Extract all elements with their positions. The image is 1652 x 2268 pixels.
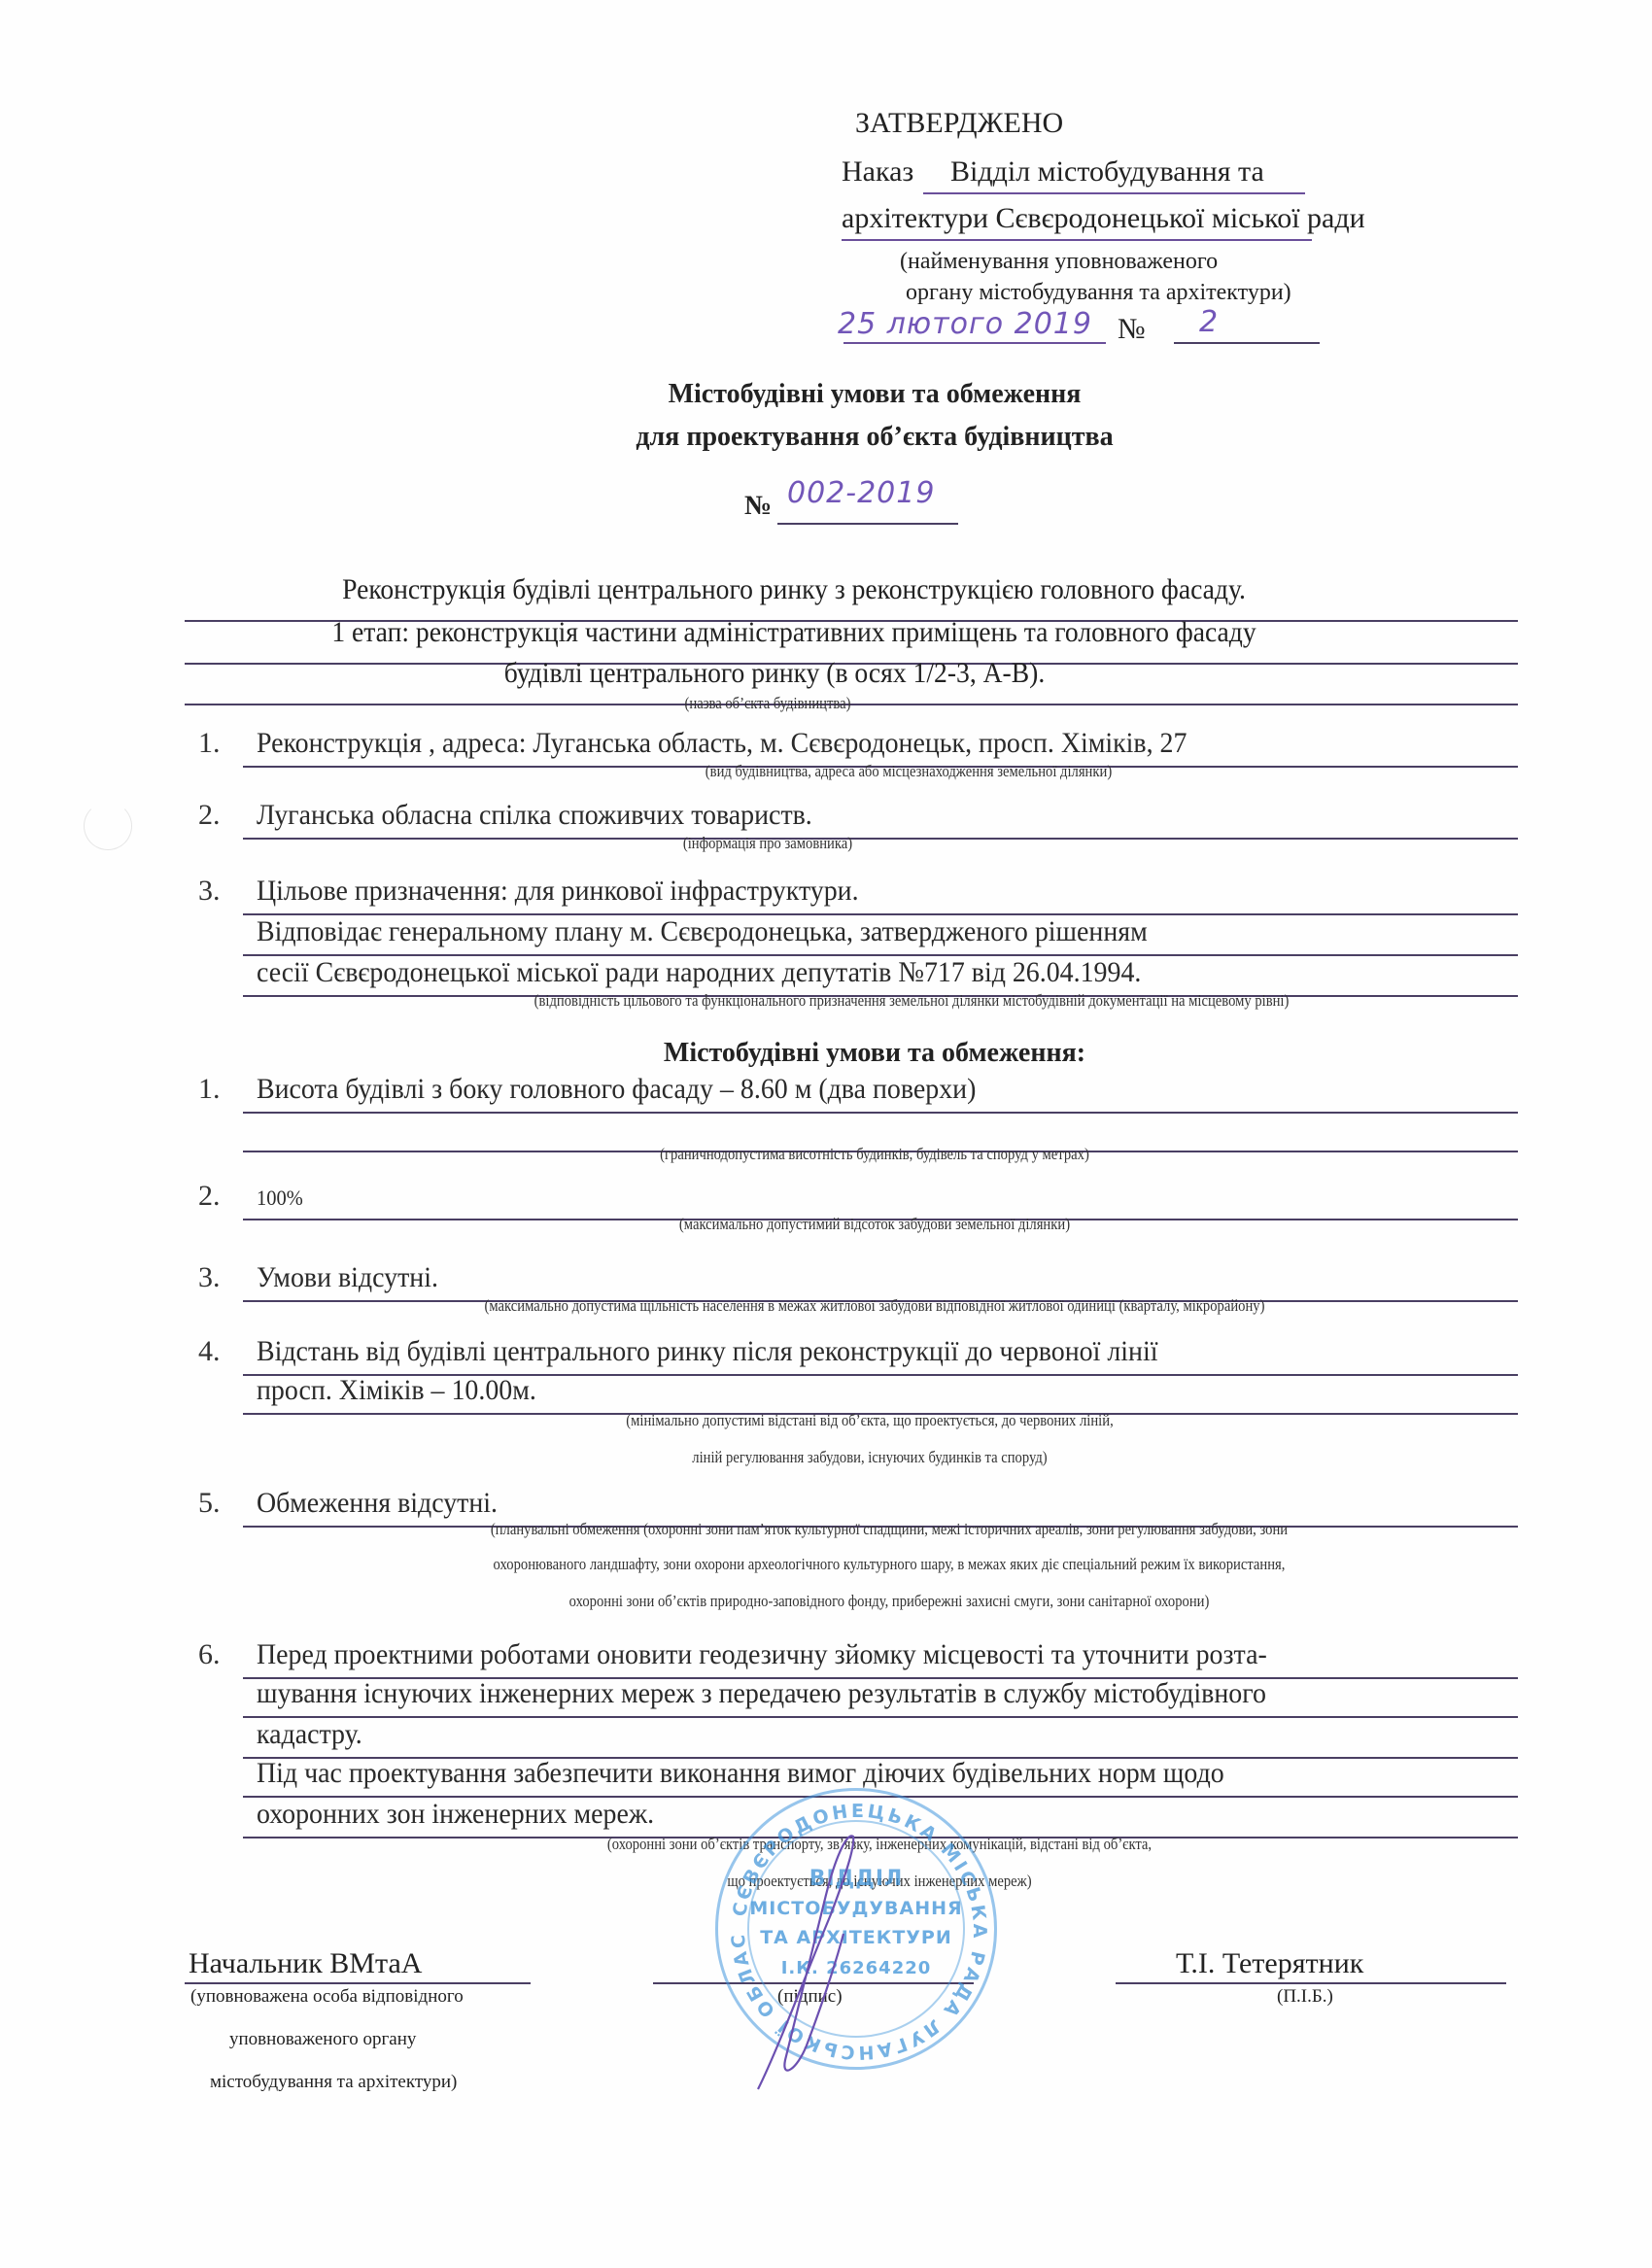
item-caption: (максимально допустимий відсоток забудов… (582, 1215, 1167, 1234)
item-text-line: Луганська обласна спілка споживчих товар… (257, 799, 812, 832)
approval-number-sign: № (1118, 313, 1146, 346)
approval-order-number-handwritten: 2 (1199, 305, 1219, 339)
handwritten-signature (739, 1827, 933, 2099)
condition-item-number: 3. (198, 1261, 221, 1294)
item-caption: (вид будівництва, адреса або місцезнаход… (616, 762, 1201, 781)
item-text-line: охоронних зон інженерних мереж. (257, 1798, 654, 1831)
item-text-line: Цільове призначення: для ринкової інфрас… (257, 875, 859, 908)
general-item-number: 3. (198, 875, 221, 908)
position-caption-2: уповноваженого органу (229, 2029, 416, 2050)
item-underline (243, 1112, 1518, 1114)
name-caption: (П.І.Б.) (1277, 1986, 1333, 2008)
authority-caption-1: (найменування уповноваженого (900, 249, 1218, 275)
item-caption: (максимально допустима щільність населен… (331, 1296, 1418, 1316)
document-title-line-1: Містобудівні умови та обмеження (437, 379, 1312, 410)
item-text-line: Відстань від будівлі центрального ринку … (257, 1335, 1157, 1368)
approved-label: ЗАТВЕРДЖЕНО (855, 107, 1063, 140)
hole-punch-mark (84, 802, 132, 850)
item-underline (243, 1716, 1518, 1718)
document-number-underline (777, 523, 958, 525)
approval-date-underline (843, 342, 1106, 344)
approval-number-underline (1174, 342, 1320, 344)
item-text-line: Обмеження відсутні. (257, 1487, 498, 1520)
position-title: Начальник ВМтаА (189, 1947, 422, 1980)
signer-name-underline (1116, 1982, 1506, 1984)
condition-item-number: 1. (198, 1073, 221, 1106)
authority-line-2: архітектури Сєвєродонецької міської ради (842, 202, 1365, 235)
item-caption: ліній регулювання забудови, існуючих буд… (577, 1448, 1162, 1467)
item-text-line: Реконструкція , адреса: Луганська област… (257, 727, 1187, 760)
position-underline (185, 1982, 531, 1984)
condition-item-number: 5. (198, 1487, 221, 1520)
document-title-line-2: для проектування об’єкта будівництва (437, 422, 1312, 453)
item-text-line: шування існуючих інженерних мереж з пере… (257, 1677, 1266, 1710)
item-text-line: Умови відсутні. (257, 1261, 438, 1294)
item-caption: охоронні зони об’єктів природно-заповідн… (388, 1592, 1391, 1611)
object-name-line: будівлі центрального ринку (в осях 1/2-3… (193, 657, 1356, 690)
authority-underline-1 (923, 192, 1305, 194)
item-text-line: Висота будівлі з боку головного фасаду –… (257, 1073, 976, 1106)
document-number-sign: № (744, 491, 772, 522)
condition-item-number: 6. (198, 1638, 221, 1671)
authority-caption-2: органу містобудування та архітектури) (906, 280, 1291, 306)
item-caption: (планувальні обмеження (охоронні зони па… (304, 1520, 1474, 1539)
item-text-line: кадастру. (257, 1718, 362, 1751)
item-caption: (мінімально допустимі відстані від об’єк… (502, 1411, 1238, 1430)
item-text-line: Перед проектними роботами оновити геодез… (257, 1638, 1267, 1671)
approval-date-handwritten: 25 лютого 2019 (838, 307, 1092, 341)
authority-underline-2 (842, 239, 1312, 241)
item-caption: охоронюваного ландшафту, зони охорони ар… (313, 1555, 1466, 1574)
condition-item-number: 2. (198, 1180, 221, 1213)
position-caption-1: (уповноважена особа відповідного (190, 1986, 464, 2008)
position-caption-3: містобудування та архітектури) (210, 2072, 457, 2093)
item-text-line: Під час проектування забезпечити виконан… (257, 1757, 1224, 1790)
item-caption: (відповідність цільового та функціональн… (368, 991, 1455, 1011)
general-item-number: 1. (198, 727, 221, 760)
object-name-caption: (назва об’єкта будівництва) (601, 694, 935, 713)
general-item-number: 2. (198, 799, 221, 832)
authority-line-1: Відділ містобудування та (950, 155, 1264, 189)
item-text-line: Відповідає генеральному плану м. Сєвєрод… (257, 915, 1148, 948)
document-page: ЗАТВЕРДЖЕНО Наказ Відділ містобудування … (0, 0, 1652, 2268)
condition-item-number: 4. (198, 1335, 221, 1368)
item-caption: (граничнодопустима висотність будинків, … (557, 1145, 1192, 1164)
object-name-line: 1 етап: реконструкція частини адміністра… (213, 616, 1375, 649)
object-name-line: Реконструкція будівлі центрального ринку… (213, 573, 1375, 606)
order-label: Наказ (842, 155, 913, 189)
item-text-line: сесії Сєвєродонецької міської ради народ… (257, 956, 1141, 989)
item-text-line: просп. Хіміків – 10.00м. (257, 1374, 536, 1407)
signer-name: Т.І. Тетерятник (1176, 1947, 1363, 1980)
conditions-heading: Містобудівні умови та обмеження: (437, 1038, 1312, 1069)
document-number-handwritten: 002-2019 (787, 476, 935, 510)
item-caption: (інформація про замовника) (601, 834, 935, 853)
item-text-line: 100% (257, 1186, 303, 1211)
